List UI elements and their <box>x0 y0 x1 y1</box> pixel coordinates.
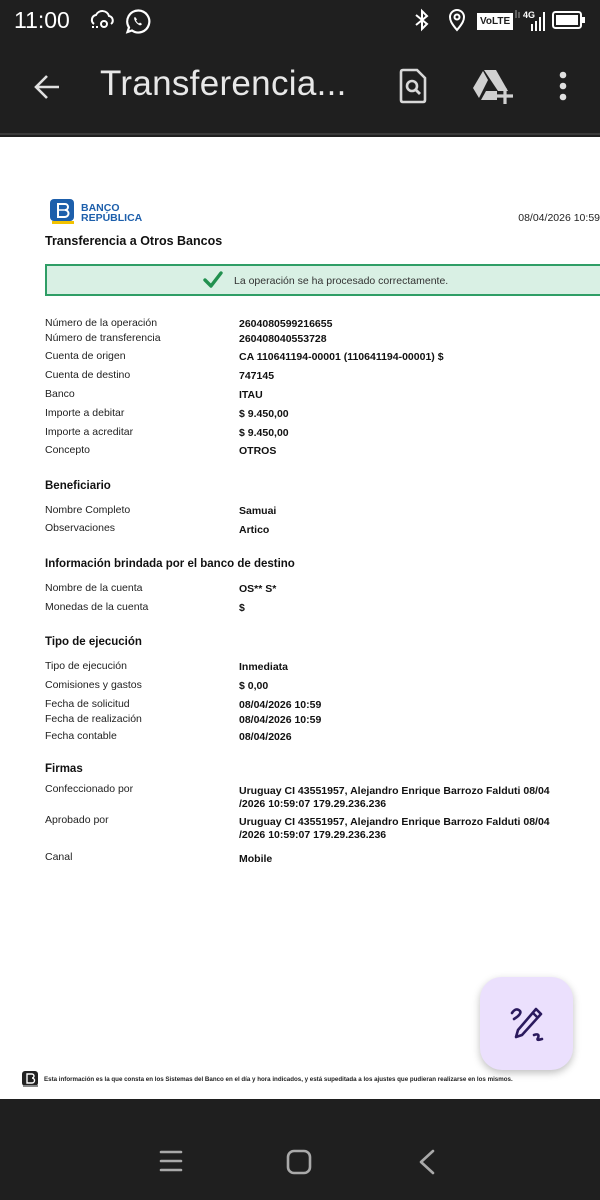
status-time: 11:00 <box>14 7 70 34</box>
document-heading: Transferencia a Otros Bancos <box>45 234 222 248</box>
back-arrow-icon[interactable] <box>32 72 62 107</box>
section-heading-destination-info: Información brindada por el banco de des… <box>45 558 295 570</box>
location-icon <box>447 8 467 37</box>
cloud-sync-icon <box>88 8 116 37</box>
volte-icon: VoLTE <box>477 11 513 30</box>
bank-logo-icon <box>50 199 76 225</box>
success-banner: La operación se ha procesado correctamen… <box>45 264 600 296</box>
bluetooth-icon <box>413 8 431 37</box>
bank-logo: BANCOREPÚBLICA <box>50 199 76 230</box>
battery-icon <box>552 11 586 34</box>
drive-add-icon[interactable] <box>472 68 514 109</box>
document-date: 08/04/2026 10:59 <box>518 212 600 224</box>
home-icon[interactable] <box>286 1149 312 1180</box>
system-nav-bar <box>0 1099 600 1200</box>
document-title: Transferencia... <box>100 64 347 104</box>
signature-edit-icon <box>508 1005 546 1043</box>
back-icon[interactable] <box>418 1149 436 1180</box>
sign-document-button[interactable] <box>480 977 573 1070</box>
footer-note: Esta información es la que consta en los… <box>22 1071 600 1091</box>
section-heading-execution: Tipo de ejecución <box>45 636 142 648</box>
app-bar: Transferencia... <box>0 42 600 135</box>
whatsapp-icon <box>125 8 152 40</box>
section-heading-signatures: Firmas <box>45 763 83 775</box>
status-bar: 11:00 VoLTE 4G <box>0 0 600 42</box>
signal-4g-icon: 4G <box>513 8 551 39</box>
success-message: La operación se ha procesado correctamen… <box>234 275 448 287</box>
bank-name: BANCOREPÚBLICA <box>81 203 142 223</box>
more-vert-icon[interactable] <box>556 70 570 107</box>
signature-value: Uruguay CI 43551957, Alejandro Enrique B… <box>239 816 550 841</box>
document-viewer[interactable]: BANCOREPÚBLICA 08/04/2026 10:59 Transfer… <box>0 137 600 1099</box>
section-heading-beneficiary: Beneficiario <box>45 480 111 492</box>
bank-footer-logo-icon <box>22 1071 39 1088</box>
checkmark-icon <box>203 270 223 295</box>
signature-value: Uruguay CI 43551957, Alejandro Enrique B… <box>239 785 550 810</box>
svg-text:4G: 4G <box>523 10 535 20</box>
recents-icon[interactable] <box>158 1149 184 1178</box>
search-document-icon[interactable] <box>398 68 428 109</box>
